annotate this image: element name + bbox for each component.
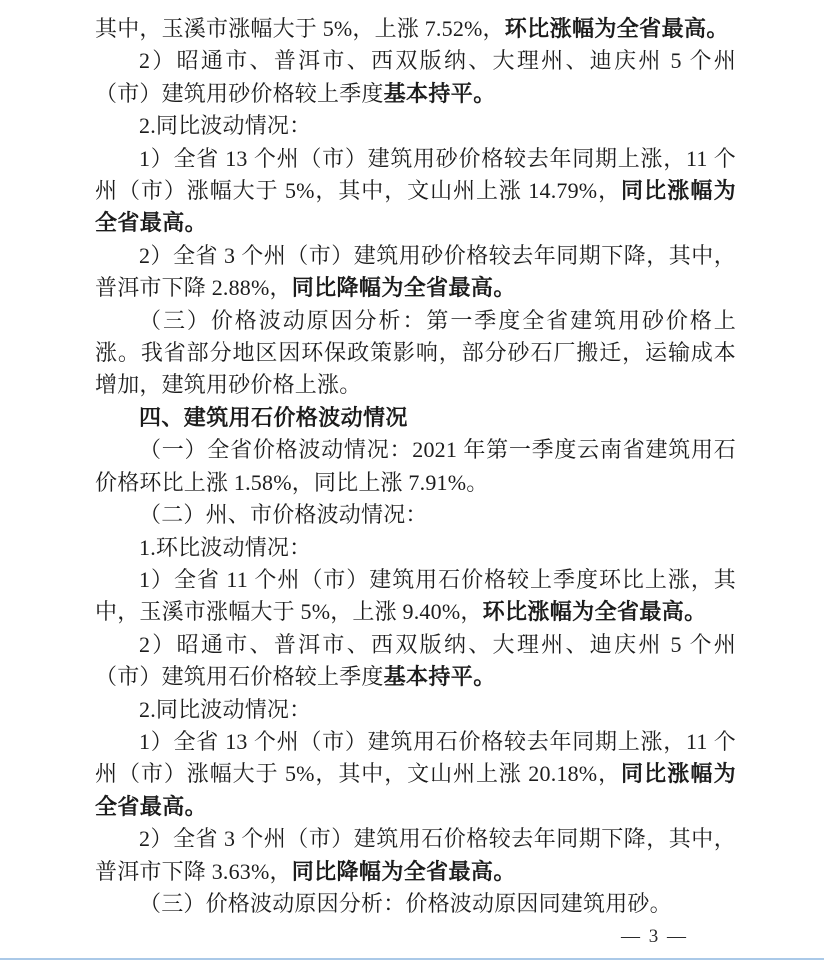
body-text: 1.环比波动情况： bbox=[139, 535, 311, 560]
paragraph: 2）全省 3 个州（市）建筑用砂价格较去年同期下降，其中，普洱市下降 2.88%… bbox=[95, 240, 736, 305]
emphasis-text: 同比降幅为全省最高。 bbox=[292, 275, 516, 300]
section-heading: 四、建筑用石价格波动情况 bbox=[95, 402, 736, 434]
body-text: 2.同比波动情况： bbox=[139, 697, 311, 722]
body-text: （二）州、市价格波动情况： bbox=[139, 502, 428, 527]
emphasis-text: 环比涨幅为全省最高。 bbox=[483, 599, 707, 624]
emphasis-text: 基本持平。 bbox=[384, 81, 496, 106]
emphasis-text: 同比降幅为全省最高。 bbox=[292, 859, 516, 884]
paragraph: （三）价格波动原因分析：第一季度全省建筑用砂价格上涨。我省部分地区因环保政策影响… bbox=[95, 305, 736, 402]
paragraph: 其中，玉溪市涨幅大于 5%，上涨 7.52%，环比涨幅为全省最高。 bbox=[95, 13, 736, 45]
paragraph: 1）全省 13 个州（市）建筑用石价格较去年同期上涨，11 个州（市）涨幅大于 … bbox=[95, 726, 736, 823]
emphasis-text: 环比涨幅为全省最高。 bbox=[505, 16, 729, 41]
paragraph: （一）全省价格波动情况：2021 年第一季度云南省建筑用石价格环比上涨 1.58… bbox=[95, 434, 736, 499]
paragraph: 1）全省 11 个州（市）建筑用石价格较上季度环比上涨，其中，玉溪市涨幅大于 5… bbox=[95, 564, 736, 629]
paragraph: （二）州、市价格波动情况： bbox=[95, 499, 736, 531]
document-page: 其中，玉溪市涨幅大于 5%，上涨 7.52%，环比涨幅为全省最高。2）昭通市、普… bbox=[0, 0, 824, 960]
body-text: 2.同比波动情况： bbox=[139, 113, 311, 138]
page-footer: — 3 — bbox=[621, 926, 688, 948]
paragraph: 2.同比波动情况： bbox=[95, 110, 736, 142]
paragraph: （三）价格波动原因分析：价格波动原因同建筑用砂。 bbox=[95, 888, 736, 920]
document-body: 其中，玉溪市涨幅大于 5%，上涨 7.52%，环比涨幅为全省最高。2）昭通市、普… bbox=[95, 13, 736, 920]
paragraph: 2）昭通市、普洱市、西双版纳、大理州、迪庆州 5 个州（市）建筑用砂价格较上季度… bbox=[95, 45, 736, 110]
paragraph: 2）昭通市、普洱市、西双版纳、大理州、迪庆州 5 个州（市）建筑用石价格较上季度… bbox=[95, 629, 736, 694]
body-text: （三）价格波动原因分析：价格波动原因同建筑用砂。 bbox=[139, 891, 672, 916]
emphasis-text: 四、建筑用石价格波动情况 bbox=[139, 405, 408, 430]
paragraph: 1）全省 13 个州（市）建筑用砂价格较去年同期上涨，11 个州（市）涨幅大于 … bbox=[95, 143, 736, 240]
paragraph: 2）全省 3 个州（市）建筑用石价格较去年同期下降，其中，普洱市下降 3.63%… bbox=[95, 823, 736, 888]
body-text: 其中，玉溪市涨幅大于 5%，上涨 7.52%， bbox=[95, 16, 505, 41]
emphasis-text: 基本持平。 bbox=[384, 664, 496, 689]
body-text: （三）价格波动原因分析：第一季度全省建筑用砂价格上涨。我省部分地区因环保政策影响… bbox=[95, 308, 736, 398]
page-number: — 3 — bbox=[621, 926, 688, 947]
paragraph: 2.同比波动情况： bbox=[95, 694, 736, 726]
body-text: （一）全省价格波动情况：2021 年第一季度云南省建筑用石价格环比上涨 1.58… bbox=[95, 437, 736, 494]
paragraph: 1.环比波动情况： bbox=[95, 532, 736, 564]
